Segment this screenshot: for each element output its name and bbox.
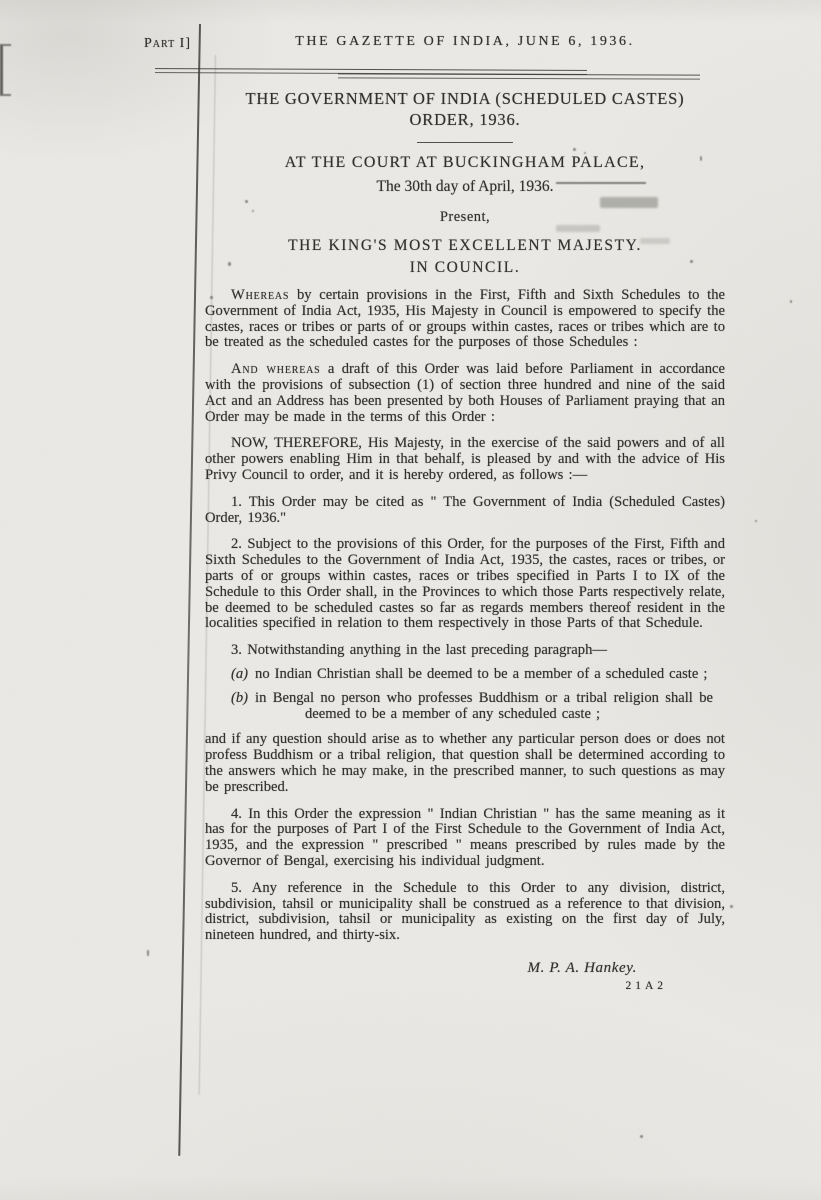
scanned-gazette-page: Part I] THE GAZETTE OF INDIA, JUNE 6, 19… [0,0,821,1200]
scan-artifact [556,225,600,232]
page-fold-line [178,24,201,1156]
header-double-rule-lower [338,73,700,79]
clause-3-item-b: (b)in Bengal no person who professes Bud… [205,691,713,723]
clause-5: 5. Any reference in the Schedule to this… [205,881,725,944]
document-title-line1: THE GOVERNMENT OF INDIA (SCHEDULED CASTE… [205,88,725,109]
item-a-text: no Indian Christian shall be deemed to b… [255,666,707,682]
document-title-line2: ORDER, 1936. [205,109,725,130]
clause-3-intro: 3. Notwithstanding anything in the last … [205,643,725,659]
scan-artifact [690,260,693,263]
printers-mark: 21A2 [205,980,725,992]
clause-4: 4. In this Order the expression " Indian… [205,807,725,870]
scan-artifact [147,950,149,956]
scan-artifact [228,262,231,266]
date-line: The 30th day of April, 1936. [205,178,725,196]
document-body: THE GOVERNMENT OF INDIA (SCHEDULED CASTE… [205,88,725,992]
item-a-label: (a) [231,666,248,682]
court-heading: AT THE COURT AT BUCKINGHAM PALACE, [205,154,725,172]
preamble-now-therefore: NOW, THEREFORE, His Majesty, in the exer… [205,436,725,483]
scan-artifact [584,152,586,154]
scan-artifact [640,238,670,244]
part-label: Part I] [144,36,191,52]
item-b-label: (b) [231,690,248,706]
scan-artifact [573,148,576,151]
clause-3-continuation: and if any question should arise as to w… [205,732,725,795]
present-line: Present, [205,209,725,226]
signature: M. P. A. Hankey. [205,960,725,977]
margin-bracket-artifact [0,44,11,96]
scan-artifact [755,520,757,522]
preamble-whereas: Whereas by certain provisions in the Fir… [205,288,725,351]
scan-artifact [556,182,646,184]
scan-artifact [640,1135,643,1138]
scan-artifact [700,156,702,161]
clause-3-item-a: (a)no Indian Christian shall be deemed t… [205,667,713,683]
document-title: THE GOVERNMENT OF INDIA (SCHEDULED CASTE… [205,88,725,130]
majesty-heading-line2: IN COUNCIL. [205,259,725,277]
scan-artifact [210,296,213,299]
scan-artifact [730,905,733,908]
whereas-lead: Whereas [231,287,289,303]
item-b-text: in Bengal no person who professes Buddhi… [255,690,713,722]
scan-artifact [600,197,658,208]
and-whereas-lead: And whereas [231,361,321,377]
scan-artifact [790,300,792,303]
clause-2: 2. Subject to the provisions of this Ord… [205,537,725,632]
preamble-and-whereas: And whereas a draft of this Order was la… [205,362,725,425]
gazette-masthead: THE GAZETTE OF INDIA, JUNE 6, 1936. [205,34,725,50]
scan-artifact [252,210,254,212]
scan-artifact [245,200,248,203]
title-divider-rule [417,142,513,143]
clause-1: 1. This Order may be cited as " The Gove… [205,495,725,527]
